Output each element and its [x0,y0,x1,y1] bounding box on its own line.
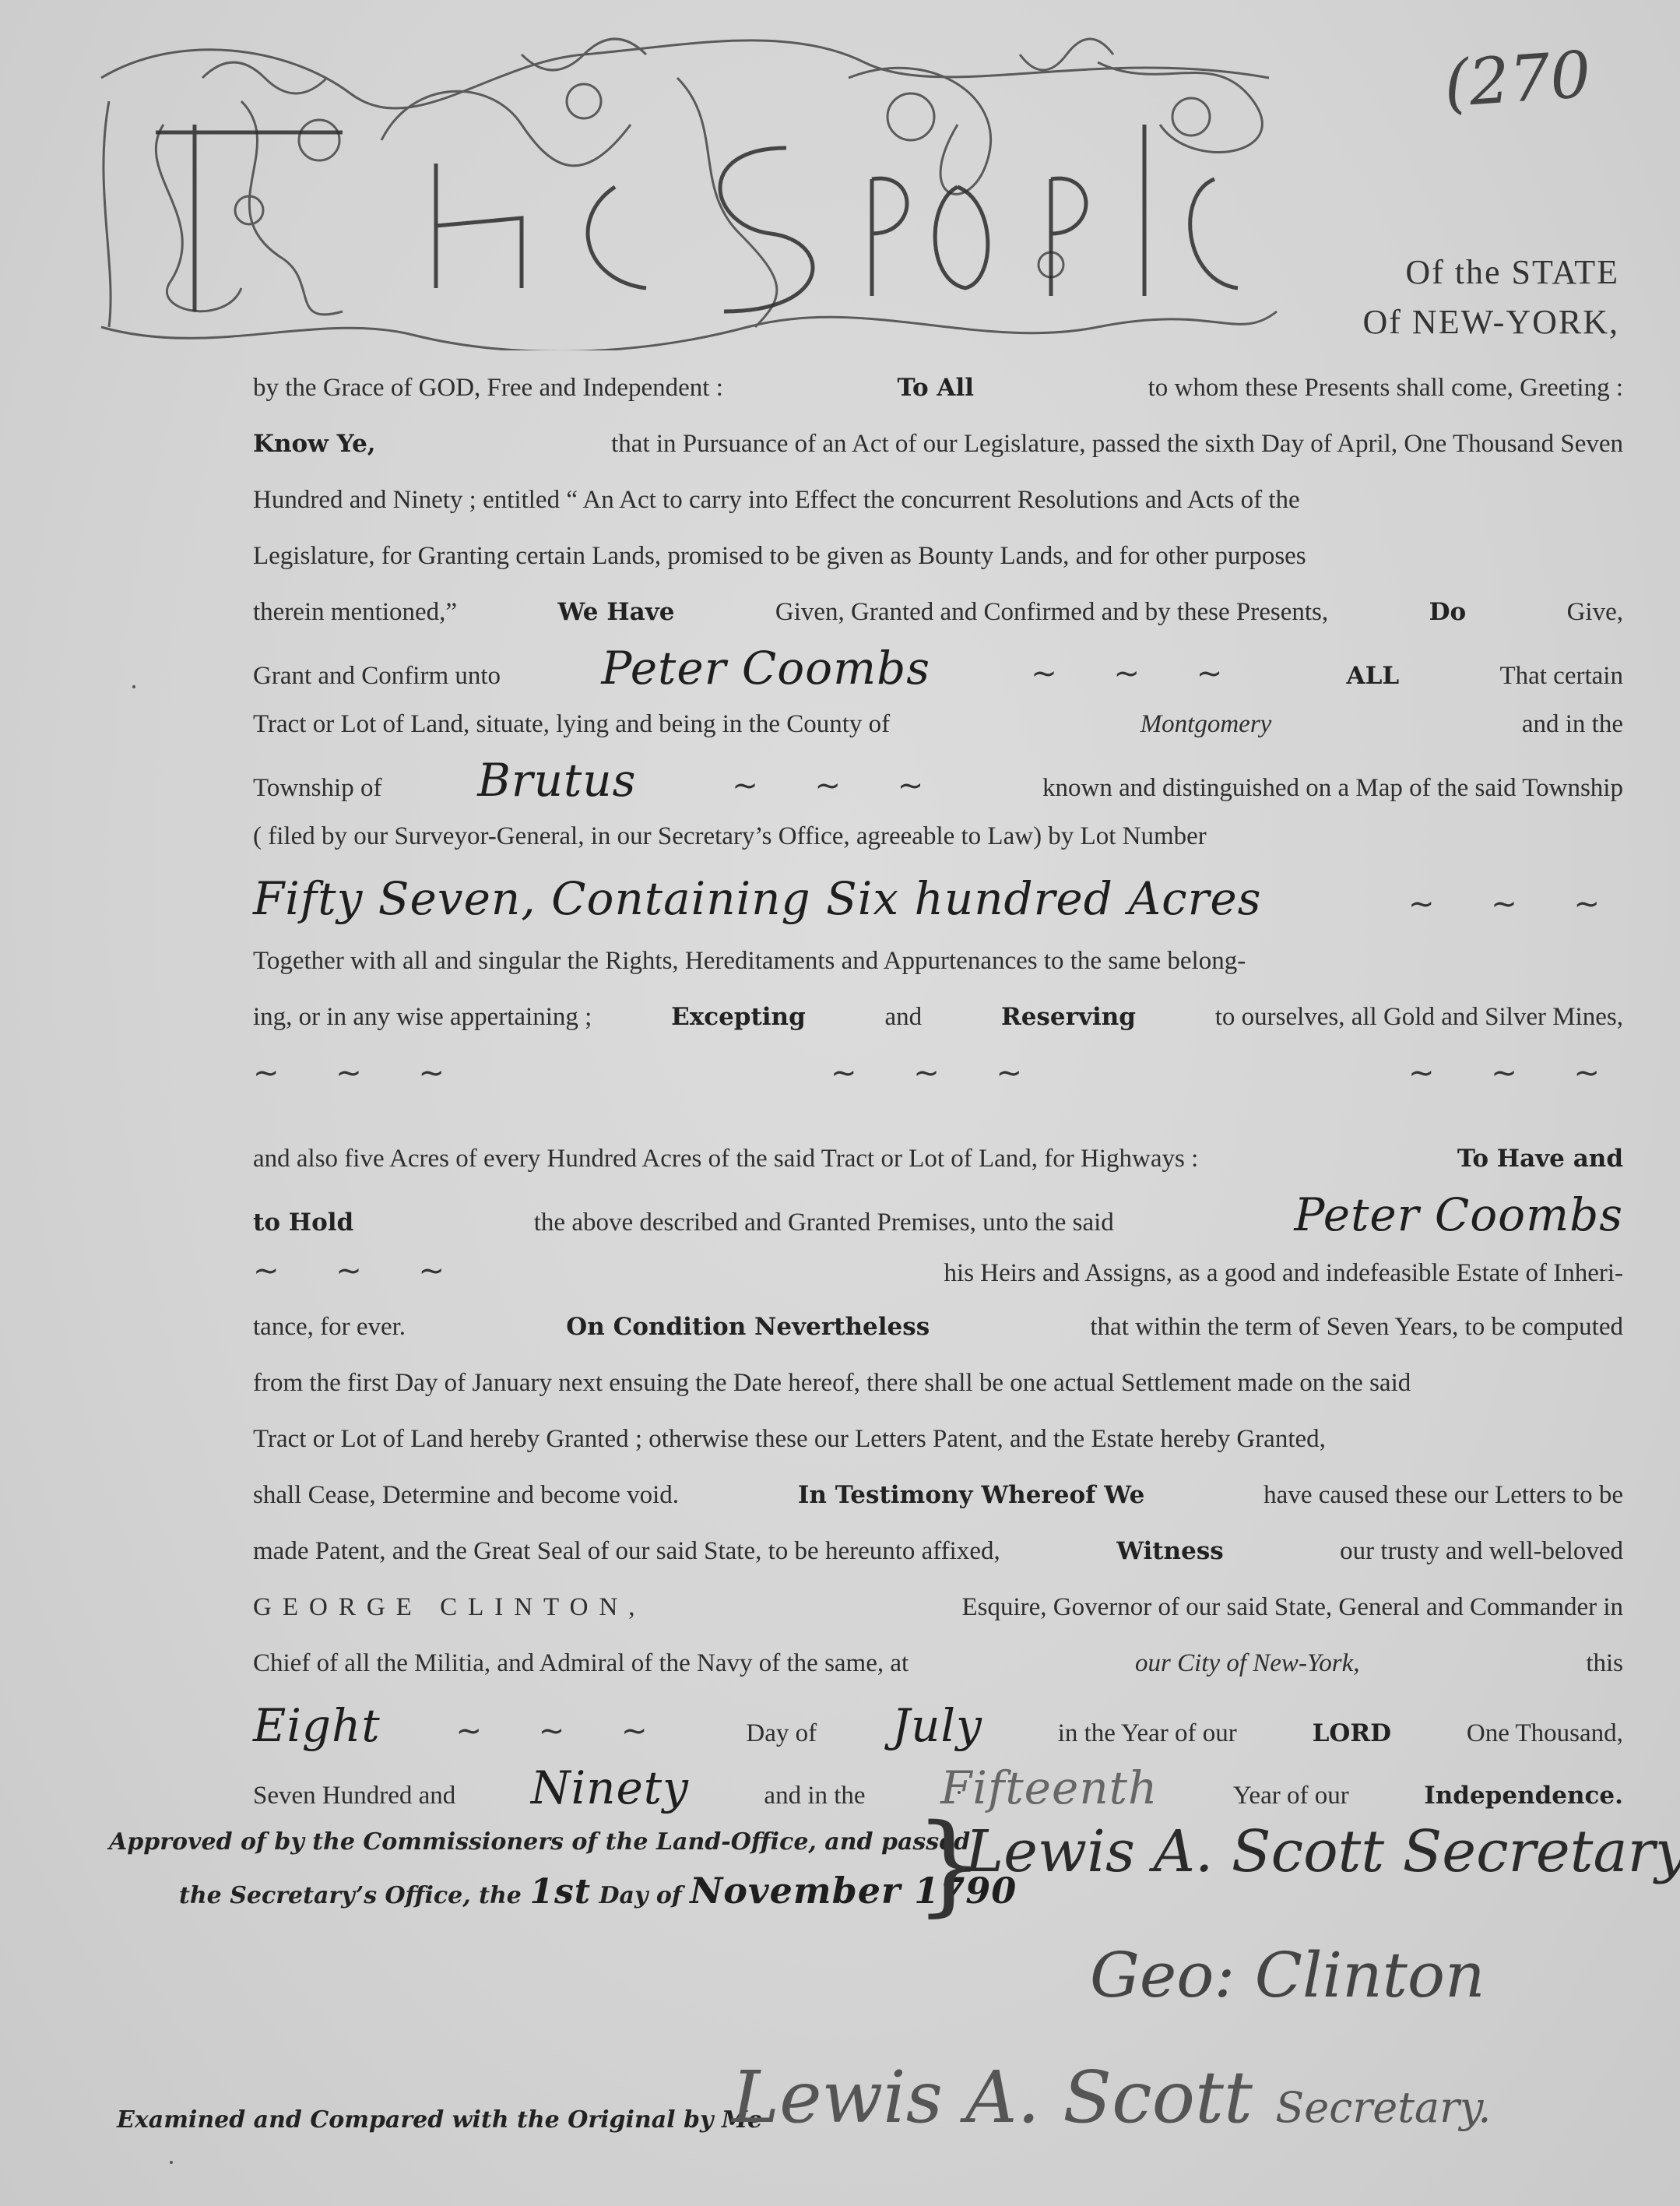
examiner-signature: Lewis A. Scott Secretary. [732,2056,1491,2139]
grant-line: Eight ~ ~ ~ Day of July in the Year of o… [253,1691,1623,1760]
governor-name: GEORGE CLINTON, [253,1579,646,1635]
grant-line: Together with all and singular the Right… [253,933,1623,989]
blackletter-text: LORD [1313,1699,1391,1768]
grant-line: made Patent, and the Great Seal of our s… [253,1523,1623,1579]
month-handwritten: July [892,1691,982,1760]
blackletter-text: Know Ye, [253,416,376,472]
blackletter-text: Excepting [671,989,806,1045]
paper-speck [170,2161,173,2164]
secretary-signature: Lewis A. Scott Secretary [965,1818,1680,1885]
blackletter-text: In Testimony Whereof We [798,1467,1144,1523]
blackletter-text: ALL [1347,648,1400,704]
state-heading: Of the STATE Of NEW-YORK, [1331,248,1619,347]
blackletter-text: Independence. [1424,1768,1623,1824]
governor-signature: Geo: Clinton [1090,1939,1485,2011]
approval-day-handwritten: 1st [529,1872,591,1912]
state-line-1: Of the STATE [1331,248,1619,297]
county-name: Montgomery [1141,696,1272,752]
grant-line: by the Grace of GOD, Free and Independen… [253,360,1623,416]
squiggle-filler: ~ ~ ~ [1408,1045,1623,1101]
city-name: our City of New-York, [1135,1635,1359,1691]
lot-description-handwritten: Fifty Seven, Containing Six hundred Acre… [253,864,1261,933]
squiggle-filler: ~ ~ ~ [253,1243,468,1299]
grantee-name-handwritten: Peter Coombs [1294,1187,1623,1243]
folio-number: (270 [1442,38,1594,122]
grant-body: by the Grace of GOD, Free and Independen… [253,360,1623,1816]
ornamental-title-banner [86,31,1288,350]
blackletter-text: On Condition Nevertheless [566,1299,930,1355]
grant-line: GEORGE CLINTON, Esquire, Governor of our… [253,1579,1623,1635]
day-handwritten: Eight [253,1691,381,1760]
squiggle-filler-line: ~ ~ ~ ~ ~ ~ ~ ~ ~ [253,1045,1623,1131]
blackletter-text: Reserving [1001,989,1136,1045]
grant-line: ( filed by our Surveyor-General, in our … [253,808,1623,864]
approval-statement: Approved of by the Commissioners of the … [109,1818,1017,1920]
blackletter-text: Witness [1116,1523,1224,1579]
grant-line: Know Ye, that in Pursuance of an Act of … [253,416,1623,472]
land-patent-document: (270 Of the STATE Of NEW-YORK, by the Gr… [0,0,1680,2206]
blackletter-text: To Have and [1457,1131,1623,1187]
calligraphic-flourish-icon [86,31,1288,350]
grant-line: shall Cease, Determine and become void. … [253,1467,1623,1523]
grant-line: Township of Brutus ~ ~ ~ known and disti… [253,752,1623,808]
grant-line: Tract or Lot of Land hereby Granted ; ot… [253,1411,1623,1467]
squiggle-filler: ~ ~ ~ [732,758,947,814]
blackletter-text: Do [1429,584,1467,640]
blackletter-text: We Have [558,584,675,640]
grant-line: Legislature, for Granting certain Lands,… [253,528,1623,584]
grantee-name-handwritten: Peter Coombs [601,640,930,696]
grant-line: Hundred and Ninety ; entitled “ An Act t… [253,472,1623,528]
grant-line: ~ ~ ~ his Heirs and Assigns, as a good a… [253,1243,1623,1299]
grant-line: Tract or Lot of Land, situate, lying and… [253,696,1623,752]
examined-statement: Examined and Compared with the Original … [117,2106,762,2134]
paper-speck [958,1791,961,1794]
grant-line: tance, for ever. On Condition Neverthele… [253,1299,1623,1355]
grant-line: Grant and Confirm unto Peter Coombs ~ ~ … [253,640,1623,696]
squiggle-filler: ~ ~ ~ [1031,646,1246,702]
state-line-2: Of NEW-YORK, [1331,297,1619,347]
blackletter-text: To All [897,360,974,416]
paper-speck [132,685,135,688]
grant-line: and also five Acres of every Hundred Acr… [253,1131,1623,1187]
township-name-handwritten: Brutus [477,752,636,808]
year-handwritten: Ninety [531,1760,689,1816]
grant-line: to Hold the above described and Granted … [253,1187,1623,1243]
squiggle-filler: ~ ~ ~ [1408,870,1623,938]
squiggle-filler: ~ ~ ~ [831,1045,1046,1101]
grant-line: therein mentioned,” We Have Given, Grant… [253,584,1623,640]
grant-line: ing, or in any wise appertaining ; Excep… [253,989,1623,1045]
grant-line: from the first Day of January next ensui… [253,1355,1623,1411]
squiggle-filler: ~ ~ ~ [456,1697,671,1765]
grant-line: Chief of all the Militia, and Admiral of… [253,1635,1623,1691]
grant-line: Fifty Seven, Containing Six hundred Acre… [253,864,1623,933]
squiggle-filler: ~ ~ ~ [253,1045,468,1101]
